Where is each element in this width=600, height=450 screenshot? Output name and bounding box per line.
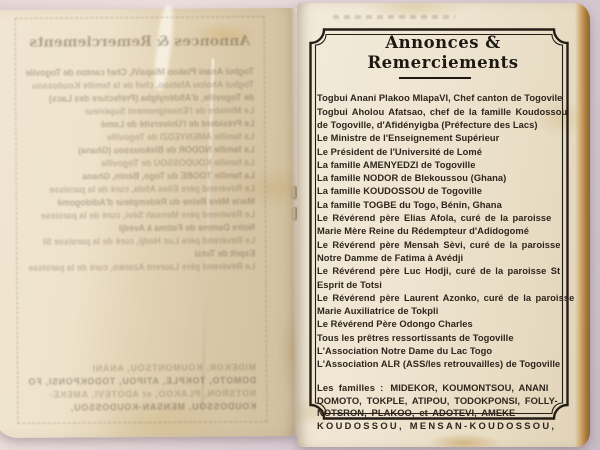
entry-line: Esprit de Totsi <box>317 279 569 292</box>
entry-line: Le Révérend père Luc Hodji, curé de la p… <box>317 265 569 278</box>
left-page: Annonces & Remerciements Togbui Anani Pl… <box>0 8 301 438</box>
entry-line: Le Révérend père Mensah Sèvi, curé de la… <box>317 239 569 252</box>
entry-line: L'Association ALR (ASS/les retrouvailles… <box>317 358 569 371</box>
book-photo: Annonces & Remerciements Togbui Anani Pl… <box>0 0 600 450</box>
bleed-through-border <box>333 15 455 19</box>
entry-line: Togbui Aholou Afatsao, chef de la famill… <box>317 106 569 119</box>
page-edge <box>575 3 590 447</box>
entry-line: Notre Damme de Fatima à Avédji <box>317 252 569 265</box>
entry-line: La famille NODOR de Blekoussou (Ghana) <box>317 172 569 185</box>
entry-line: L'Association Notre Dame du Lac Togo <box>317 345 569 358</box>
entry-line: Tous les prêtres ressortissants de Togov… <box>317 332 569 345</box>
entry-line: Le Président de l'Université de Lomé <box>317 146 569 159</box>
bleed-title: Annonces & Remerciements <box>26 33 254 51</box>
families-line: NOTSRON, PLAKOO, et ADOTEVI, AMEKE- <box>317 407 569 420</box>
families-label: Les familles : <box>317 383 383 393</box>
families-line: KOUDOSSOU, MENSAN-KOUDOSSOU, <box>317 420 569 433</box>
entry-line: Togbui Anani Plakoo MlapaVI, Chef canton… <box>317 92 569 105</box>
families-line: Les familles :MIDEKOR, KOUMONTSOU, ANANI <box>317 382 569 395</box>
families-line: DOMOTO, TOKPLE, ATIPOU, TODOKPONSI, FOLL… <box>317 395 569 408</box>
entry-line: Le Révérend père Elias Afola, curé de la… <box>317 212 569 225</box>
title-underline <box>399 77 471 79</box>
right-page: Annonces & Remerciements Togbui Anani Pl… <box>297 3 590 447</box>
entry-line: Le Ministre de l'Enseignement Supérieur <box>317 132 569 145</box>
entry-line: de Togoville, d'Afidényigba (Préfecture … <box>317 119 569 132</box>
entry-line: La famille TOGBE du Togo, Bénin, Ghana <box>317 199 569 212</box>
bleed-through-text: Annonces & Remerciements Togbui Anani Pl… <box>15 16 268 424</box>
entry-line: La famille KOUDOSSOU de Togoville <box>317 185 569 198</box>
entry-line: Le Révérend Père Odongo Charles <box>317 318 569 331</box>
announcements-panel: Annonces & Remerciements Togbui Anani Pl… <box>317 33 569 433</box>
entry-line: Marie Auxiliatrice de Tokpli <box>317 305 569 318</box>
families-paragraph: Les familles :MIDEKOR, KOUMONTSOU, ANANI… <box>317 382 569 434</box>
entry-line: Le Révérend père Laurent Azonko, curé de… <box>317 292 569 305</box>
entry-line: La famille AMENYEDZI de Togoville <box>317 159 569 172</box>
entry-line: Marie Mère Reine du Rédempteur d'Adidogo… <box>317 225 569 238</box>
acknowledgement-list: Togbui Anani Plakoo MlapaVI, Chef canton… <box>317 92 569 371</box>
section-title: Annonces & Remerciements <box>317 33 569 73</box>
